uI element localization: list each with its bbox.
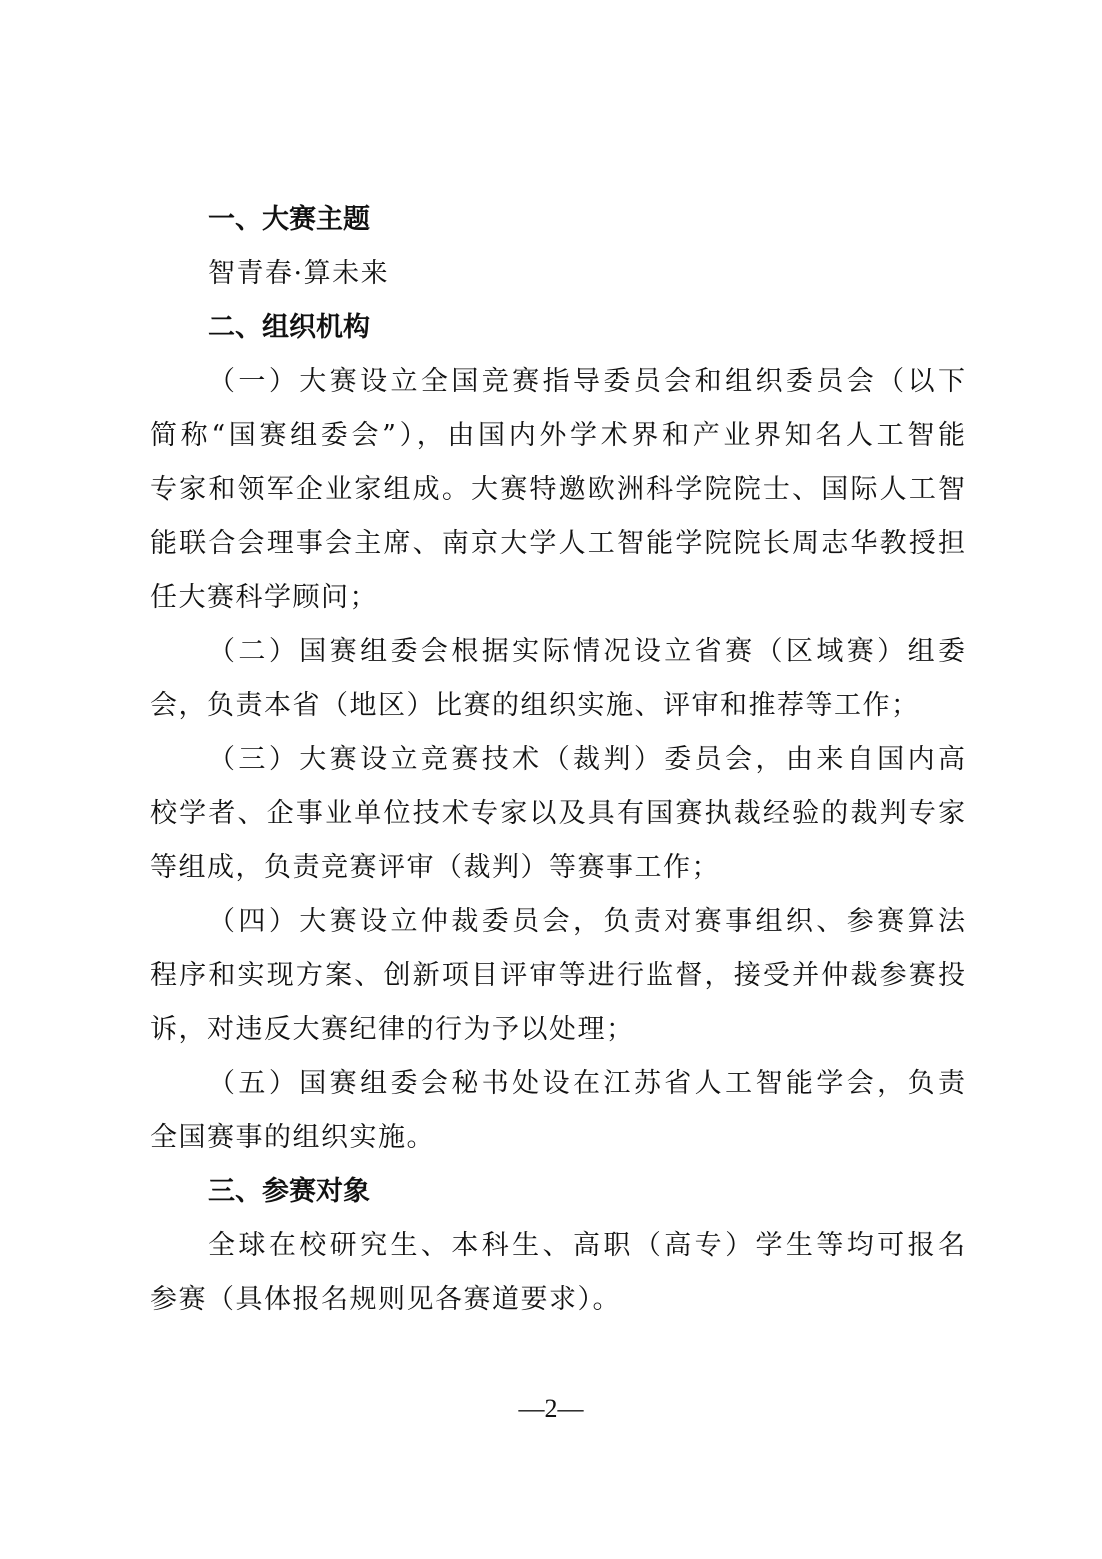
- section-heading-organization: 二、组织机构: [150, 301, 965, 355]
- paragraph-line: 简称“国赛组委会”），由国内外学术界和产业界知名人工智能: [150, 409, 965, 463]
- paragraph-org-3: （三）大赛设立竞赛技术（裁判）委员会，由来自国内高 校学者、企事业单位技术专家以…: [150, 733, 965, 895]
- section-heading-theme: 一、大赛主题: [150, 193, 965, 247]
- paragraph-line: （五）国赛组委会秘书处设在江苏省人工智能学会，负责: [150, 1057, 965, 1111]
- paragraph-line: （四）大赛设立仲裁委员会，负责对赛事组织、参赛算法: [150, 895, 965, 949]
- theme-slogan: 智青春·算未来: [150, 247, 965, 301]
- paragraph-org-2: （二）国赛组委会根据实际情况设立省赛（区域赛）组委 会，负责本省（地区）比赛的组…: [150, 625, 965, 733]
- paragraph-line: 会，负责本省（地区）比赛的组织实施、评审和推荐等工作；: [150, 679, 965, 733]
- paragraph-line: 等组成，负责竞赛评审（裁判）等赛事工作；: [150, 841, 965, 895]
- paragraph-line: （一）大赛设立全国竞赛指导委员会和组织委员会（以下: [150, 355, 965, 409]
- paragraph-line: 全球在校研究生、本科生、高职（高专）学生等均可报名: [150, 1219, 965, 1273]
- paragraph-line: 诉，对违反大赛纪律的行为予以处理；: [150, 1003, 965, 1057]
- paragraph-line: （三）大赛设立竞赛技术（裁判）委员会，由来自国内高: [150, 733, 965, 787]
- paragraph-org-1: （一）大赛设立全国竞赛指导委员会和组织委员会（以下 简称“国赛组委会”），由国内…: [150, 355, 965, 625]
- paragraph-participants: 全球在校研究生、本科生、高职（高专）学生等均可报名 参赛（具体报名规则见各赛道要…: [150, 1219, 965, 1327]
- paragraph-line: 任大赛科学顾问；: [150, 571, 965, 625]
- document-page: 一、大赛主题 智青春·算未来 二、组织机构 （一）大赛设立全国竞赛指导委员会和组…: [150, 193, 965, 1327]
- paragraph-org-4: （四）大赛设立仲裁委员会，负责对赛事组织、参赛算法 程序和实现方案、创新项目评审…: [150, 895, 965, 1057]
- paragraph-line: 参赛（具体报名规则见各赛道要求）。: [150, 1273, 965, 1327]
- paragraph-line: 能联合会理事会主席、南京大学人工智能学院院长周志华教授担: [150, 517, 965, 571]
- paragraph-org-5: （五）国赛组委会秘书处设在江苏省人工智能学会，负责 全国赛事的组织实施。: [150, 1057, 965, 1165]
- section-heading-participants: 三、参赛对象: [150, 1165, 965, 1219]
- paragraph-line: 专家和领军企业家组成。大赛特邀欧洲科学院院士、国际人工智: [150, 463, 965, 517]
- page-number: —2—: [0, 1392, 1102, 1426]
- paragraph-line: （二）国赛组委会根据实际情况设立省赛（区域赛）组委: [150, 625, 965, 679]
- paragraph-line: 校学者、企事业单位技术专家以及具有国赛执裁经验的裁判专家: [150, 787, 965, 841]
- paragraph-line: 全国赛事的组织实施。: [150, 1111, 965, 1165]
- paragraph-line: 程序和实现方案、创新项目评审等进行监督，接受并仲裁参赛投: [150, 949, 965, 1003]
